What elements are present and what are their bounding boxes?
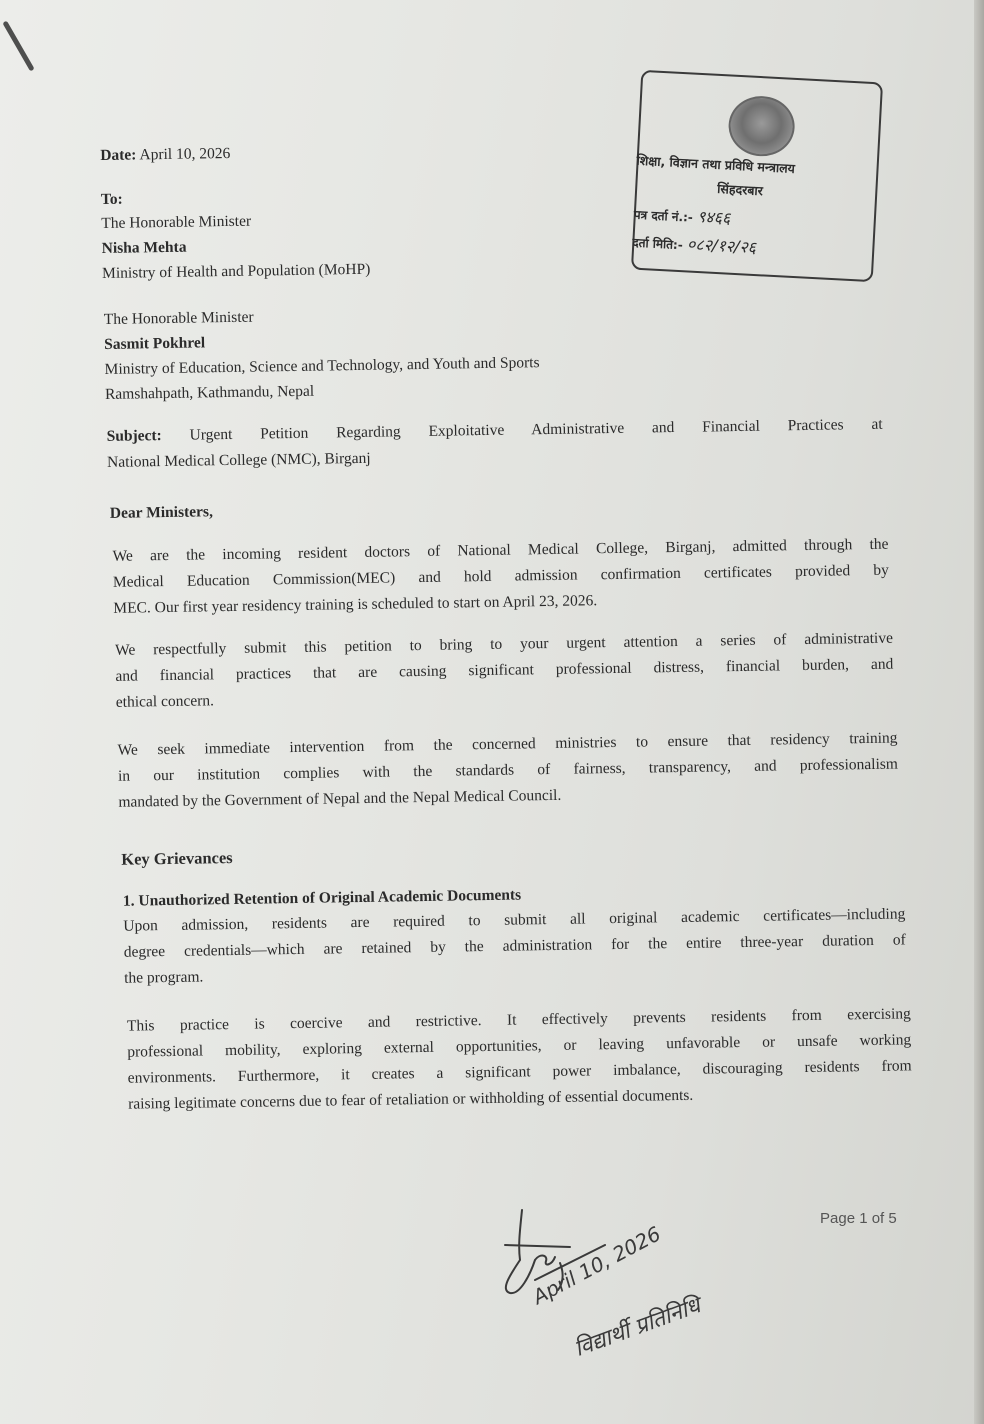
stamp-office-line: शिक्षा, विज्ञान तथा प्रविधि मन्त्रालय: [636, 152, 795, 177]
recipient-1-ministry: Ministry of Health and Population (MoHP): [102, 260, 370, 284]
stamp-reg-date-value: ०८२/१२/२६: [687, 234, 757, 257]
stamp-reg-no-value: ९४६६: [697, 207, 731, 228]
grievance-1-paragraph-2: This practice is coercive and restrictiv…: [127, 1001, 913, 1117]
recipient-2-title: The Honorable Minister: [104, 308, 254, 330]
stamp-reg-date-label: दर्ता मिति:-: [632, 236, 683, 253]
paragraph-request: We seek immediate intervention from the …: [117, 726, 898, 816]
recipient-1-title: The Honorable Minister: [101, 212, 251, 234]
date-label: Date:: [100, 146, 136, 164]
recipient-1-name: Nisha Mehta: [102, 238, 187, 259]
grievance-1-paragraph-1: Upon admission, residents are required t…: [123, 901, 906, 991]
signature-block: April 10, 2026 विद्यार्थी प्रतिनिधि: [500, 1205, 860, 1405]
date-line: Date: April 10, 2026: [100, 144, 230, 166]
government-emblem-icon: [727, 94, 796, 157]
recipient-2-name: Sasmit Pokhrel: [104, 333, 205, 355]
stamp-reg-no: पत्र दर्ता नं.:- ९४६६: [633, 202, 731, 229]
paragraph-purpose: We respectfully submit this petition to …: [115, 626, 894, 716]
to-label: To:: [101, 190, 123, 210]
salutation: Dear Ministers,: [110, 502, 213, 524]
stamp-reg-no-label: पत्र दर्ता नं.:-: [633, 208, 693, 225]
subject-label: Subject:: [107, 427, 162, 445]
section-heading: Key Grievances: [121, 848, 233, 870]
date-value: April 10, 2026: [139, 145, 230, 163]
subject: Subject: Urgent Petition Regarding Explo…: [106, 412, 883, 476]
recipient-2-ministry: Ministry of Education, Science and Techn…: [104, 353, 539, 380]
paragraph-intro: We are the incoming resident doctors of …: [112, 532, 889, 622]
stamp-city-line: सिंहदरबार: [717, 180, 763, 199]
recipient-2-address: Ramshahpath, Kathmandu, Nepal: [105, 382, 314, 405]
stamp-reg-date: दर्ता मिति:- ०८२/१२/२६: [632, 230, 757, 258]
registration-stamp: शिक्षा, विज्ञान तथा प्रविधि मन्त्रालय सि…: [631, 70, 883, 282]
